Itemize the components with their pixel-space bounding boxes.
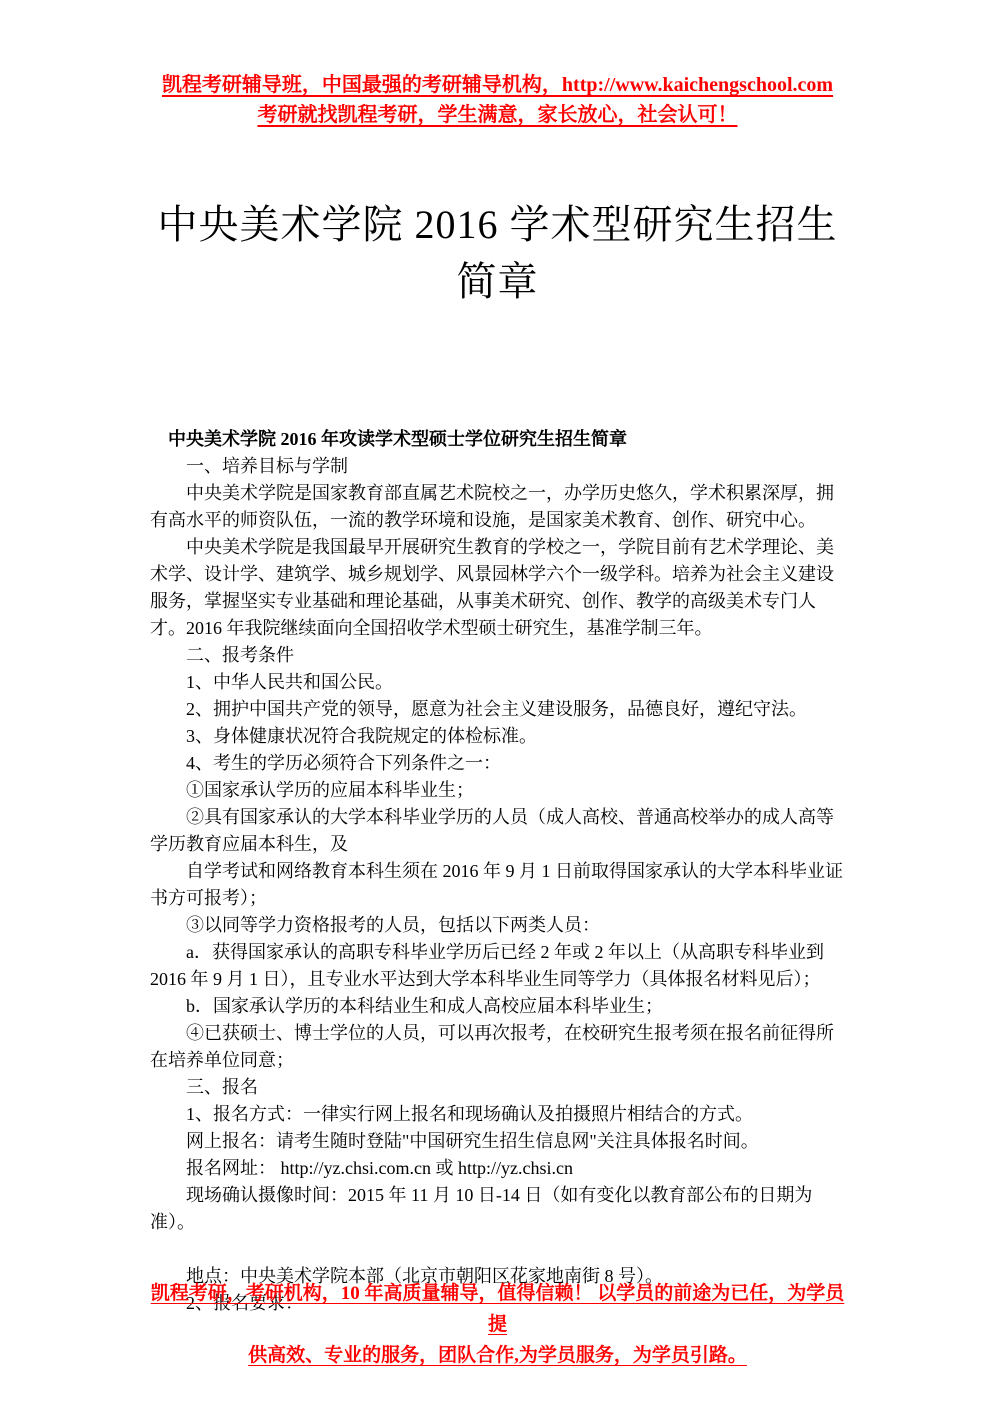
doc-paragraph: ④已获硕士、博士学位的人员，可以再次报考，在校研究生报考须在报名前征得所在培养单… [150, 1020, 845, 1074]
doc-paragraph: ②具有国家承认的大学本科毕业学历的人员（成人高校、普通高校举办的成人高等学历教育… [150, 804, 845, 858]
document-title-line1: 中央美术学院 2016 学术型研究生招生 [150, 196, 845, 253]
document-title-line2: 简章 [150, 253, 845, 310]
doc-paragraph: 中央美术学院是国家教育部直属艺术院校之一，办学历史悠久，学术积累深厚，拥有高水平… [150, 480, 845, 534]
promo-footer: 凯程考研，考研机构，10 年高质量辅导，值得信赖！ 以学员的前途为已任，为学员提… [150, 1278, 845, 1371]
doc-paragraph: ③以同等学力资格报考的人员，包括以下两类人员： [150, 912, 845, 939]
doc-paragraph: 自学考试和网络教育本科生须在 2016 年 9 月 1 日前取得国家承认的大学本… [150, 858, 845, 912]
doc-paragraph: 2、拥护中国共产党的领导，愿意为社会主义建设服务，品德良好，遵纪守法。 [150, 696, 845, 723]
doc-paragraph [150, 1236, 845, 1263]
doc-paragraph: 1、中华人民共和国公民。 [150, 669, 845, 696]
promo-header-line1: 凯程考研辅导班，中国最强的考研辅导机构，http://www.kaichengs… [150, 70, 845, 100]
doc-paragraph: 一、培养目标与学制 [150, 453, 845, 480]
doc-paragraph: 二、报考条件 [150, 642, 845, 669]
doc-paragraph: 4、考生的学历必须符合下列条件之一： [150, 750, 845, 777]
promo-footer-line1: 凯程考研，考研机构，10 年高质量辅导，值得信赖！ 以学员的前途为已任，为学员提 [150, 1278, 845, 1340]
page-content: 凯程考研辅导班，中国最强的考研辅导机构，http://www.kaichengs… [150, 0, 845, 1317]
doc-paragraph: ①国家承认学历的应届本科毕业生； [150, 777, 845, 804]
doc-paragraph: 3、身体健康状况符合我院规定的体检标准。 [150, 723, 845, 750]
doc-paragraph: b．国家承认学历的本科结业生和成人高校应届本科毕业生； [150, 993, 845, 1020]
doc-paragraph: 网上报名：请考生随时登陆"中国研究生招生信息网"关注具体报名时间。 [150, 1128, 845, 1155]
doc-paragraph: 现场确认摄像时间：2015 年 11 月 10 日-14 日（如有变化以教育部公… [150, 1182, 845, 1236]
document-title: 中央美术学院 2016 学术型研究生招生 简章 [150, 196, 845, 310]
doc-paragraph: a．获得国家承认的高职专科毕业学历后已经 2 年或 2 年以上（从高职专科毕业到… [150, 939, 845, 993]
doc-paragraph: 三、报名 [150, 1074, 845, 1101]
doc-paragraph: 中央美术学院是我国最早开展研究生教育的学校之一，学院目前有艺术学理论、美术学、设… [150, 534, 845, 642]
doc-heading-paragraph: 中央美术学院 2016 年攻读学术型硕士学位研究生招生简章 [150, 426, 845, 453]
promo-header: 凯程考研辅导班，中国最强的考研辅导机构，http://www.kaichengs… [150, 70, 845, 130]
promo-footer-line2: 供高效、专业的服务，团队合作,为学员服务，为学员引路。 [150, 1340, 845, 1371]
doc-paragraph: 报名网址： http://yz.chsi.com.cn 或 http://yz.… [150, 1155, 845, 1182]
doc-paragraph: 1、报名方式：一律实行网上报名和现场确认及拍摄照片相结合的方式。 [150, 1101, 845, 1128]
promo-header-line2: 考研就找凯程考研，学生满意，家长放心，社会认可！ [150, 100, 845, 130]
document-body: 中央美术学院 2016 年攻读学术型硕士学位研究生招生简章一、培养目标与学制中央… [150, 426, 845, 1317]
